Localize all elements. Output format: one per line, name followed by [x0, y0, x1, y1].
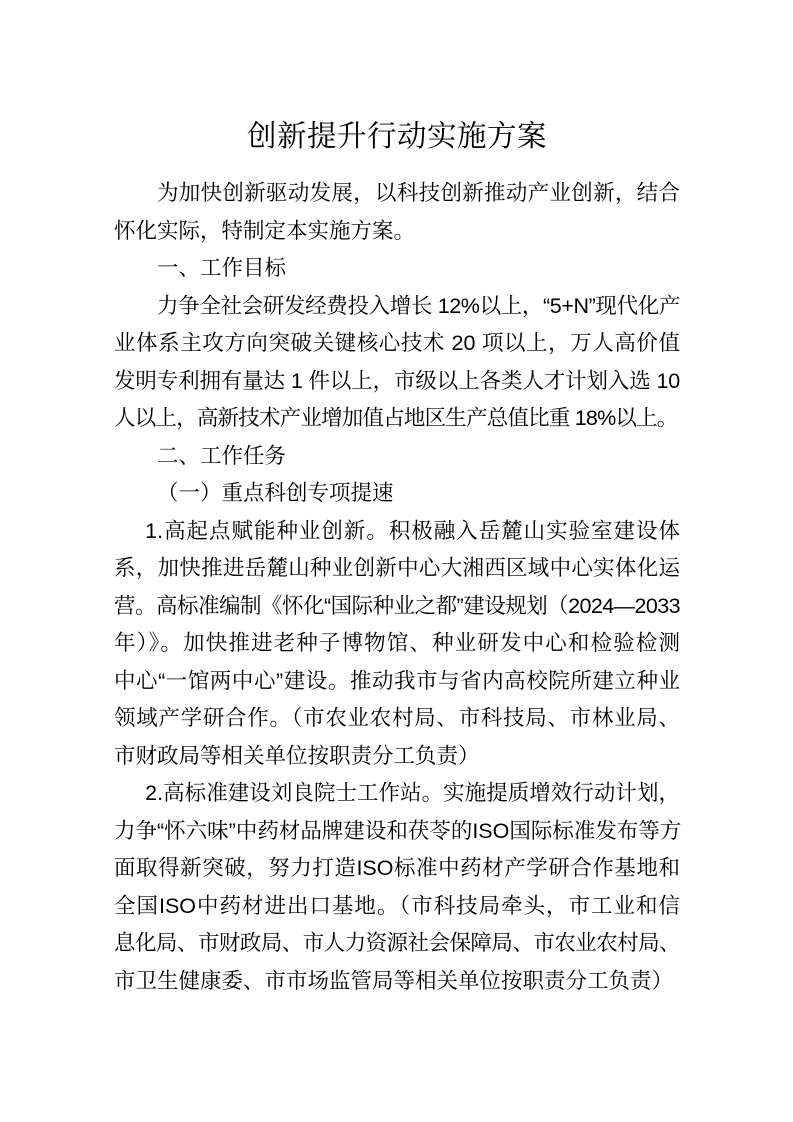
heading-section-2: 二、工作任务: [114, 438, 680, 476]
document-line: 业体系主攻方向突破关键核心技术 20 项以上，万人高价值: [114, 325, 680, 363]
document-line: 系，加快推进岳麓山种业创新中心大湘西区域中心实体化运: [114, 550, 680, 588]
document-line: 息化局、市财政局、市人力资源社会保障局、市农业农村局、: [114, 925, 680, 963]
document-line: 年）》。加快推进老种子博物馆、种业研发中心和检验检测: [114, 625, 680, 663]
document-line: 1.高起点赋能种业创新。积极融入岳麓山实验室建设体: [114, 513, 680, 551]
document-line: 力争全社会研发经费投入增长 12%以上，“5+N”现代化产: [114, 288, 680, 326]
document-page: 创新提升行动实施方案 为加快创新驱动发展，以科技创新推动产业创新，结合怀化实际，…: [0, 0, 793, 1122]
document-line: （一）重点科创专项提速: [114, 475, 680, 513]
document-line: 力争“怀六味”中药材品牌建设和茯苓的ISO国际标准发布等方: [114, 813, 680, 851]
document-line: 人以上，高新技术产业增加值占地区生产总值比重 18%以上。: [114, 400, 680, 438]
document-line: 面取得新突破，努力打造ISO标准中药材产学研合作基地和: [114, 850, 680, 888]
document-title: 创新提升行动实施方案: [114, 117, 680, 157]
document-line: 为加快创新驱动发展，以科技创新推动产业创新，结合: [114, 175, 680, 213]
document-body: 为加快创新驱动发展，以科技创新推动产业创新，结合怀化实际，特制定本实施方案。一、…: [114, 175, 680, 1000]
document-line: 全国ISO中药材进出口基地。（市科技局牵头，市工业和信: [114, 888, 680, 926]
document-line: 市卫生健康委、市市场监管局等相关单位按职责分工负责）: [114, 963, 680, 1001]
para-task-2: 2.高标准建设刘良院士工作站。实施提质增效行动计划，力争“怀六味”中药材品牌建设…: [114, 775, 680, 1000]
document-line: 一、工作目标: [114, 250, 680, 288]
document-line: 2.高标准建设刘良院士工作站。实施提质增效行动计划，: [114, 775, 680, 813]
heading-section-1: 一、工作目标: [114, 250, 680, 288]
document-line: 营。高标准编制《怀化“国际种业之都”建设规划（2024—2033: [114, 588, 680, 626]
para-task-1: 1.高起点赋能种业创新。积极融入岳麓山实验室建设体系，加快推进岳麓山种业创新中心…: [114, 513, 680, 776]
para-intro: 为加快创新驱动发展，以科技创新推动产业创新，结合怀化实际，特制定本实施方案。: [114, 175, 680, 250]
document-line: 领域产学研合作。（市农业农村局、市科技局、市林业局、: [114, 700, 680, 738]
document-line: 发明专利拥有量达 1 件以上，市级以上各类人才计划入选 10: [114, 363, 680, 401]
document-line: 二、工作任务: [114, 438, 680, 476]
document-line: 市财政局等相关单位按职责分工负责）: [114, 738, 680, 776]
document-line: 中心“一馆两中心”建设。推动我市与省内高校院所建立种业: [114, 663, 680, 701]
heading-section-2-1: （一）重点科创专项提速: [114, 475, 680, 513]
para-goals: 力争全社会研发经费投入增长 12%以上，“5+N”现代化产业体系主攻方向突破关键…: [114, 288, 680, 438]
document-line: 怀化实际，特制定本实施方案。: [114, 213, 680, 251]
